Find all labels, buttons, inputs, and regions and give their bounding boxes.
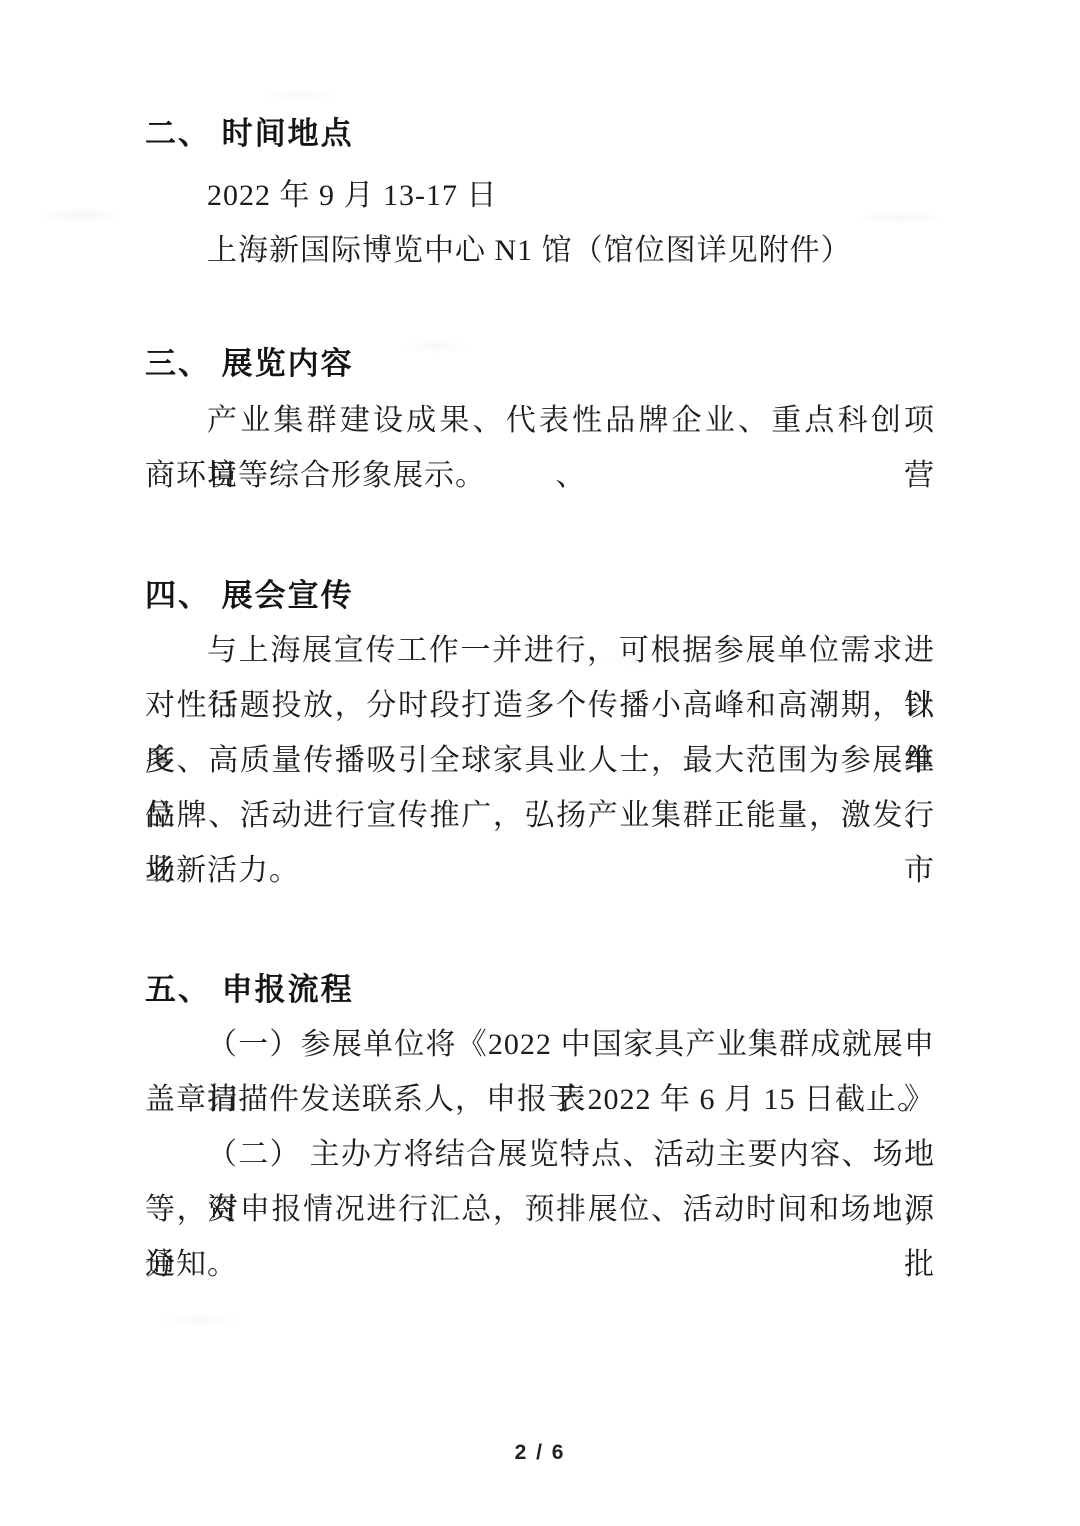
page-number: 2 / 6 bbox=[0, 1441, 1080, 1465]
text-line: 盖章扫描件发送联系人，申报于 2022 年 6 月 15 日截止。 bbox=[145, 1072, 935, 1127]
text-line: 度、高质量传播吸引全球家具业人士，最大范围为参展单位、 bbox=[145, 733, 935, 788]
section-heading: 二、 时间地点 bbox=[145, 106, 935, 161]
text-line: 2022 年 9 月 13-17 日 bbox=[145, 168, 935, 223]
section-exhibition-promotion: 四、 展会宣传 与上海展宣传工作一并进行，可根据参展单位需求进行针 对性话题投放… bbox=[145, 568, 935, 898]
section-heading: 三、 展览内容 bbox=[145, 336, 935, 391]
text-line: （二） 主办方将结合展览特点、活动主要内容、场地资源 bbox=[145, 1127, 935, 1182]
text-line: 品牌、活动进行宣传推广，弘扬产业集群正能量，激发行业市 bbox=[145, 788, 935, 843]
section-time-location: 二、 时间地点 2022 年 9 月 13-17 日 上海新国际博览中心 N1 … bbox=[145, 106, 935, 278]
text-line: 上海新国际博览中心 N1 馆（馆位图详见附件） bbox=[145, 223, 935, 278]
text-line: 与上海展宣传工作一并进行，可根据参展单位需求进行针 bbox=[145, 623, 935, 678]
section-heading: 五、 申报流程 bbox=[145, 962, 935, 1017]
section-heading: 四、 展会宣传 bbox=[145, 568, 935, 623]
document-page: 二、 时间地点 2022 年 9 月 13-17 日 上海新国际博览中心 N1 … bbox=[0, 0, 1080, 1526]
section-application-process: 五、 申报流程 （一）参展单位将《2022 中国家具产业集群成就展申请表》 盖章… bbox=[145, 962, 935, 1292]
text-line: 产业集群建设成果、代表性品牌企业、重点科创项目、营 bbox=[145, 393, 935, 448]
section-exhibition-content: 三、 展览内容 产业集群建设成果、代表性品牌企业、重点科创项目、营 商环境等综合… bbox=[145, 336, 935, 503]
text-line: 等，对申报情况进行汇总，预排展位、活动时间和场地，分批 bbox=[145, 1182, 935, 1237]
text-line: 对性话题投放，分时段打造多个传播小高峰和高潮期，以多维 bbox=[145, 678, 935, 733]
text-line: （一）参展单位将《2022 中国家具产业集群成就展申请表》 bbox=[145, 1017, 935, 1072]
